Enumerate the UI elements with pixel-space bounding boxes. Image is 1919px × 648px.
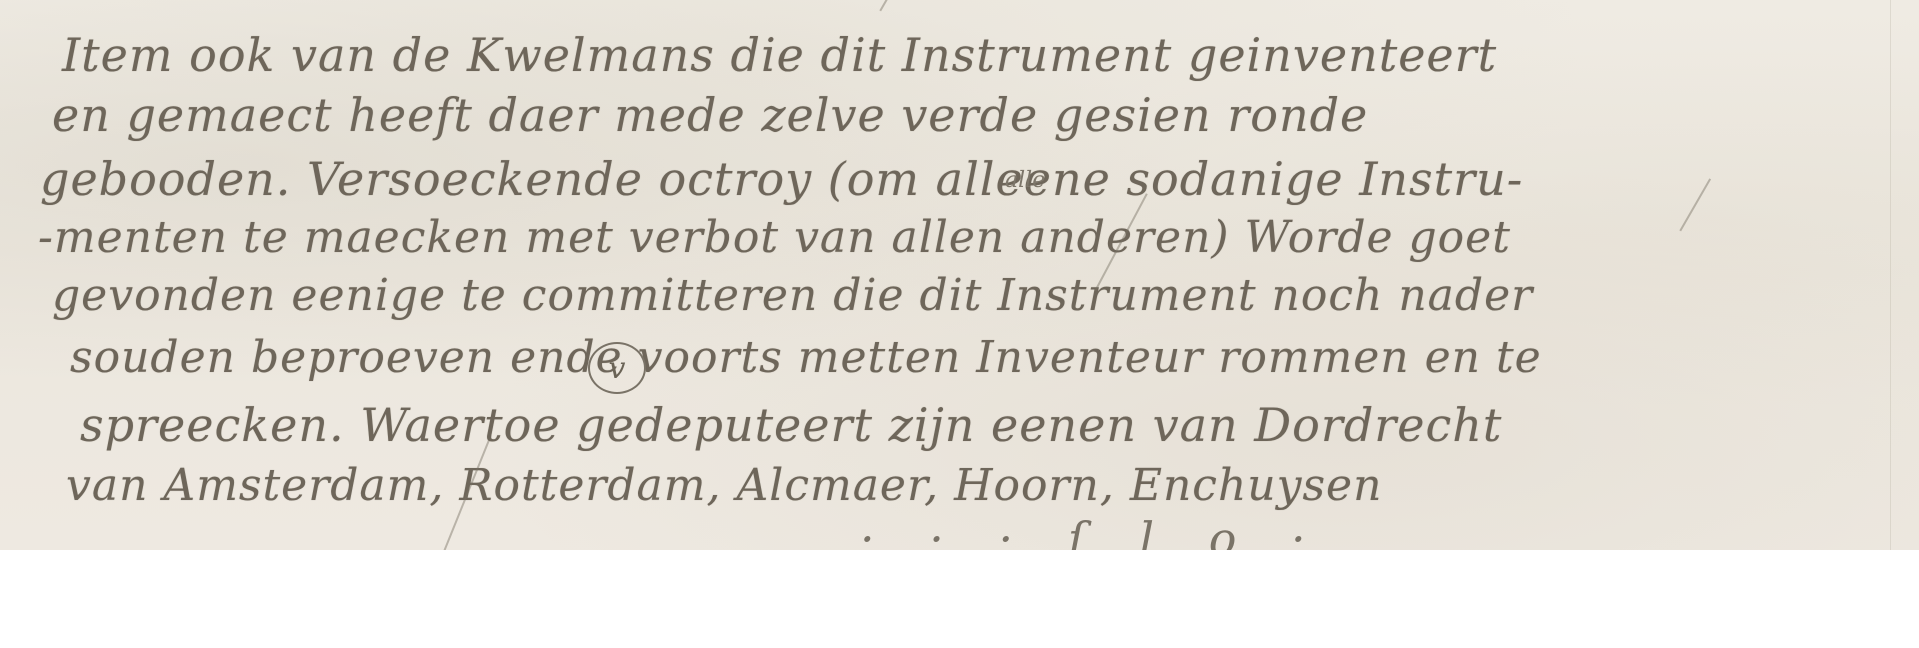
manuscript-line-3: gebooden. Versoeckende octroy (om alleen… xyxy=(40,152,1523,206)
manuscript-line-6: souden beproeven ende voorts metten Inve… xyxy=(70,332,1542,383)
interlinear-insertion: alle xyxy=(1005,168,1045,193)
margin-mark-letter: v xyxy=(609,351,626,386)
manuscript-line-8: van Amsterdam, Rotterdam, Alcmaer, Hoorn… xyxy=(66,460,1382,511)
ink-stroke xyxy=(1679,178,1710,231)
manuscript-line-7: spreecken. Waertoe gedeputeert zijn eene… xyxy=(80,398,1502,452)
manuscript-line-2: en gemaect heeft daer mede zelve verde g… xyxy=(52,88,1368,142)
circled-margin-mark: v xyxy=(588,342,646,394)
manuscript-line-4: -menten te maecken met verbot van allen … xyxy=(38,212,1511,263)
ink-stroke xyxy=(879,0,925,11)
paper-edge xyxy=(1890,0,1891,550)
manuscript-line-1: Item ook van de Kwelmans die dit Instrum… xyxy=(62,28,1497,82)
manuscript-line-5: gevonden eenige te committeren die dit I… xyxy=(52,270,1533,321)
manuscript-paper: Item ook van de Kwelmans die dit Instrum… xyxy=(0,0,1919,550)
page: Item ook van de Kwelmans die dit Instrum… xyxy=(0,0,1919,648)
manuscript-partial-line-clipped: · · · ſ l o · xyxy=(860,512,1326,550)
